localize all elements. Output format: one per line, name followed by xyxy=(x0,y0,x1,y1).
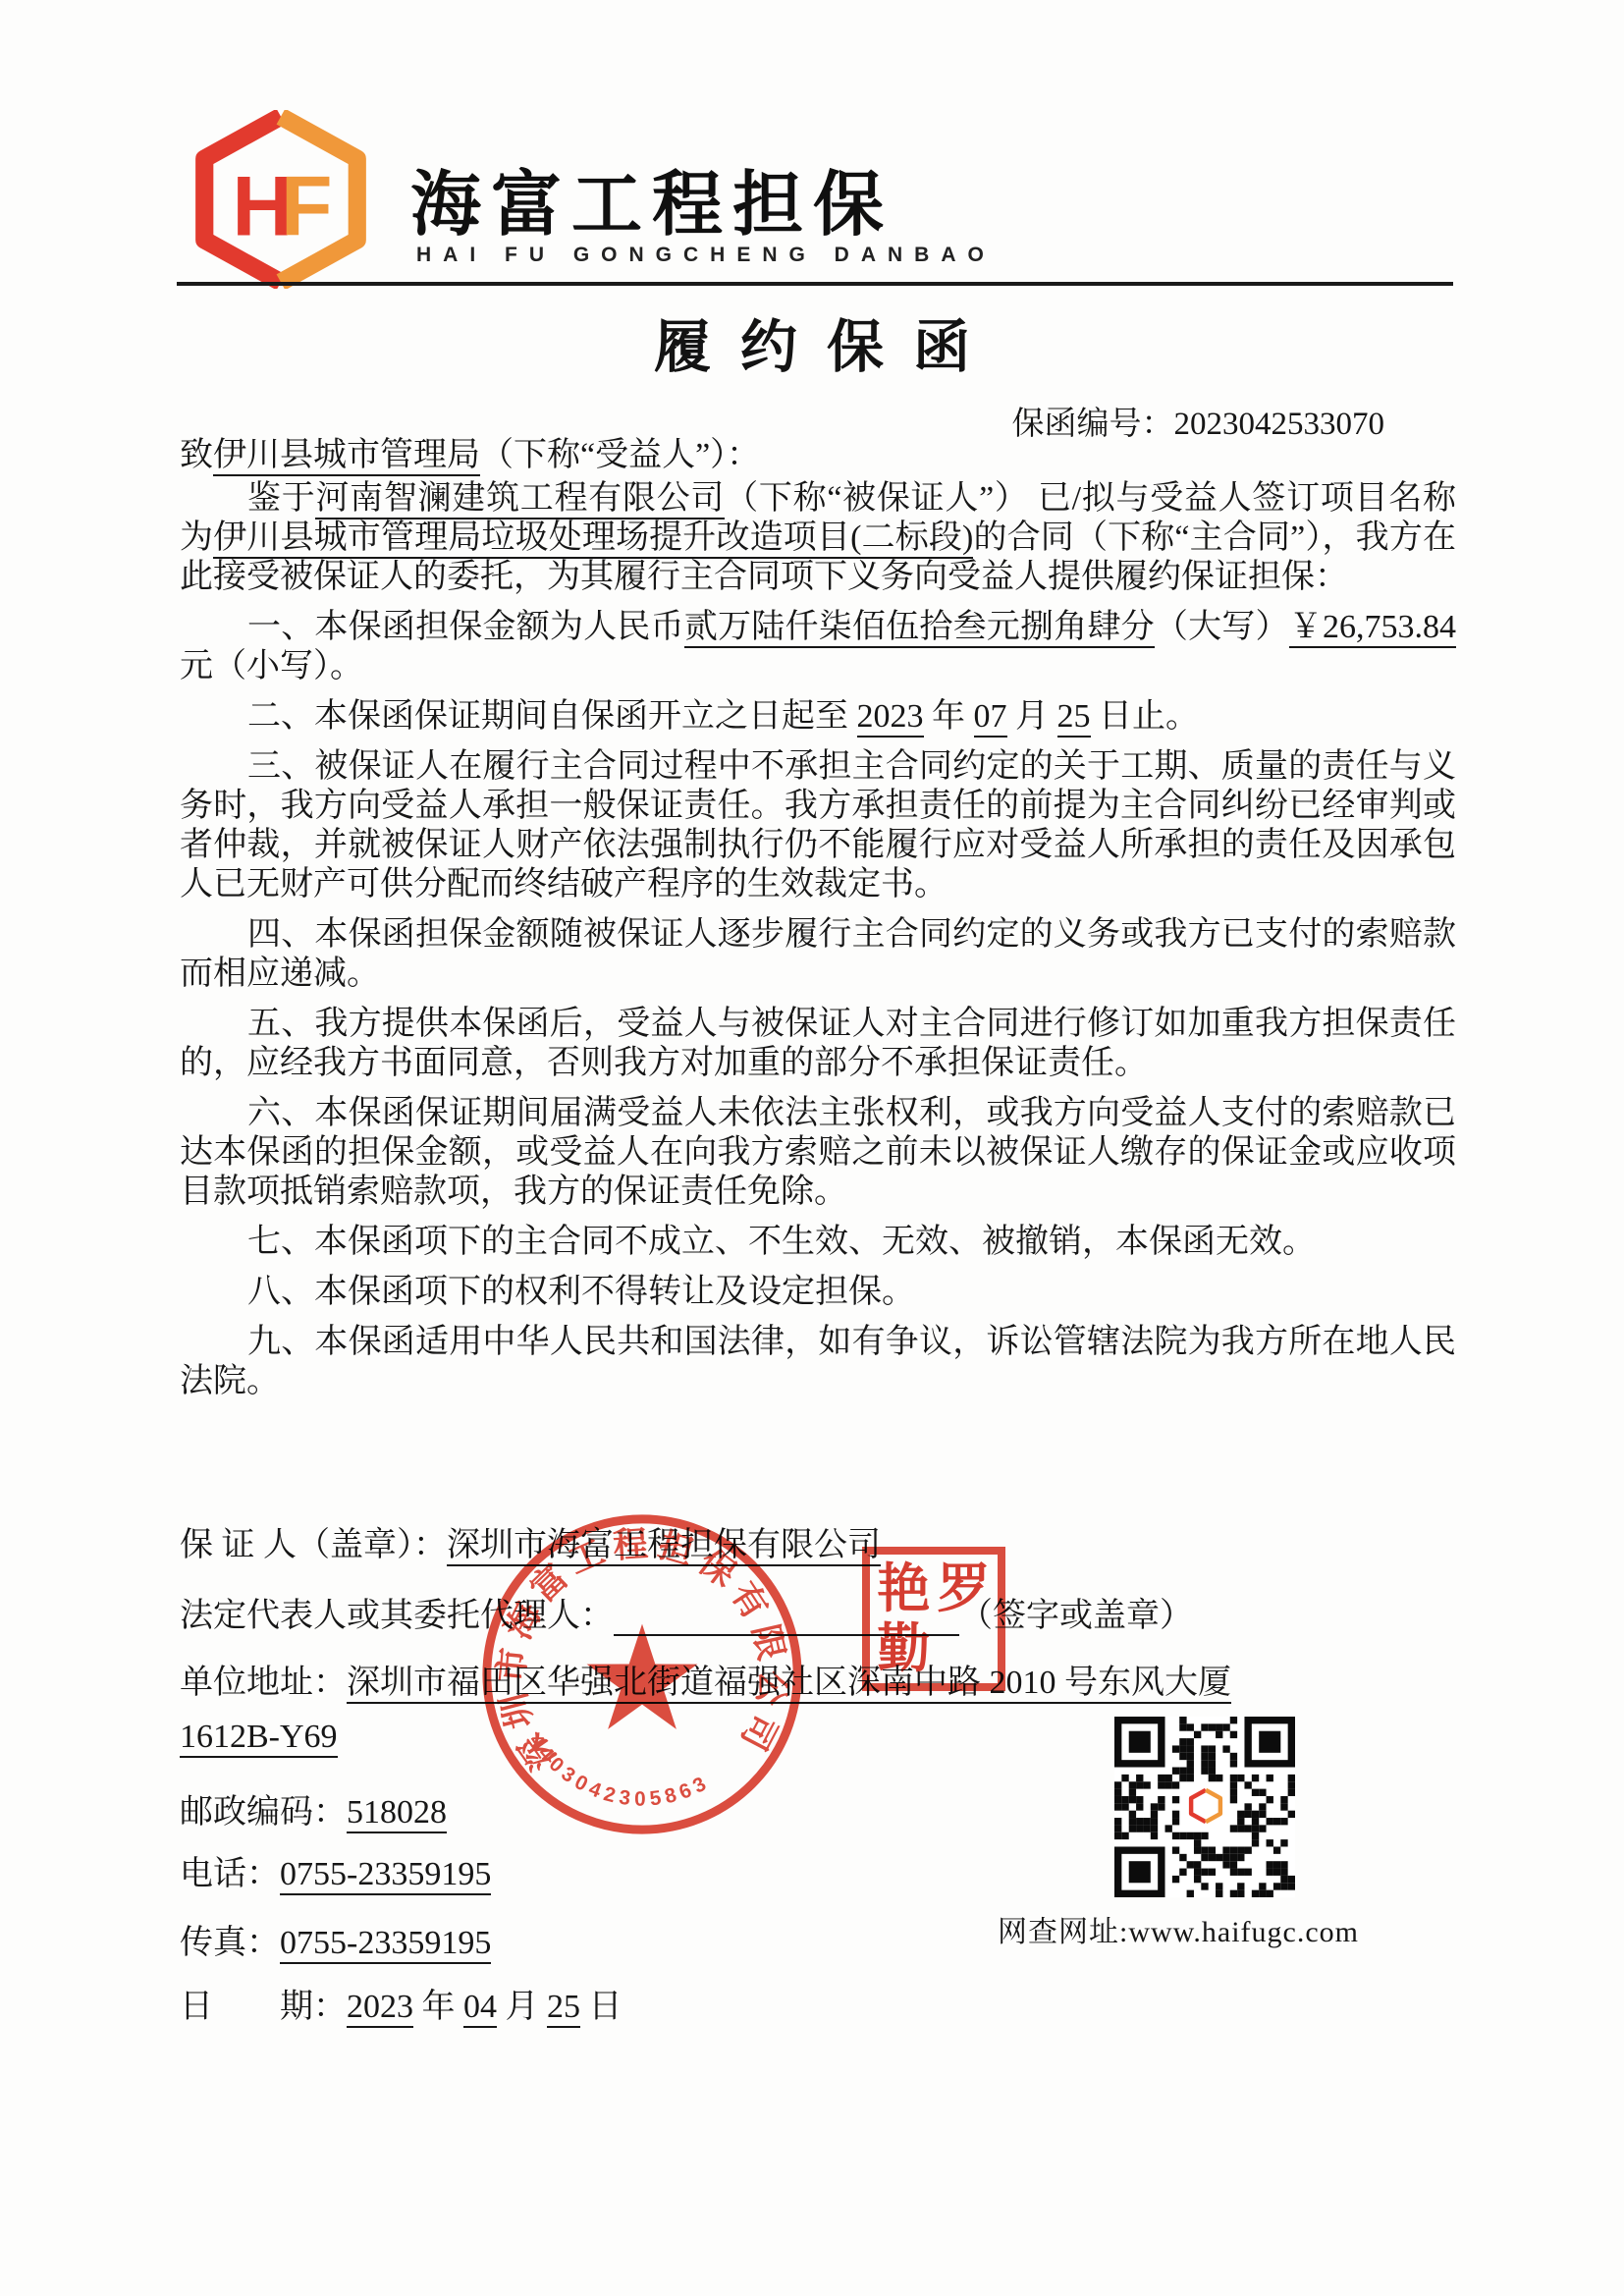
name-seal-char: 勤 xyxy=(874,1619,934,1680)
svg-text:F: F xyxy=(281,159,333,253)
name-seal-char: 艳 xyxy=(874,1558,934,1619)
document-title: 履约保函 xyxy=(0,301,1624,383)
name-seal-stamp: 艳 罗 勤 xyxy=(862,1547,1005,1691)
brand-name: 海富工程担保 xyxy=(410,147,893,249)
clause-3: 三、被保证人在履行主合同过程中不承担主合同约定的关于工期、质量的责任与义务时，我… xyxy=(180,747,1456,904)
verification-qr-code xyxy=(1114,1717,1295,1897)
clause-1: 一、本保函担保金额为人民币贰万陆仟柒佰伍拾叁元捌角肆分（大写）￥26,753.8… xyxy=(180,608,1456,686)
clause-8: 八、本保函项下的权利不得转让及设定担保。 xyxy=(180,1273,1456,1312)
intro-paragraph: 鉴于河南智澜建筑工程有限公司（下称“被保证人”） 已/拟与受益人签订项目名称为伊… xyxy=(180,479,1456,597)
guarantee-letter-page: H F 海富工程担保 HAI FU GONGCHENG DANBAO 履约保函 … xyxy=(0,0,1624,2296)
haifu-logo-icon: H F xyxy=(183,110,379,289)
phone-line: 电话：0755-23359195 xyxy=(180,1846,491,1894)
letter-body: 致伊川县城市管理局（下称“受益人”）： 鉴于河南智澜建筑工程有限公司（下称“被保… xyxy=(180,436,1456,1412)
clause-5: 五、我方提供本保函后，受益人与被保证人对主合同进行修订如加重我方担保责任的，应经… xyxy=(180,1005,1456,1083)
seal-star-icon xyxy=(587,1624,698,1729)
brand-pinyin: HAI FU GONGCHENG DANBAO xyxy=(416,244,996,267)
clause-2: 二、本保函保证期间自保函开立之日起至 2023 年 07 月 25 日止。 xyxy=(180,697,1456,737)
name-seal-char: 罗 xyxy=(934,1558,994,1619)
company-seal-stamp: 深圳市海富工程担保有限公司 4403042305863 xyxy=(477,1509,807,1839)
postal-line: 邮政编码：518028 xyxy=(180,1784,447,1832)
salutation: 致伊川县城市管理局（下称“受益人”）： xyxy=(180,436,1456,475)
fax-line: 传真：0755-23359195 xyxy=(180,1915,491,1963)
qr-center-logo-icon xyxy=(1187,1787,1224,1825)
verification-url: 网查网址:www.haifugc.com xyxy=(962,1907,1394,1950)
date-line: 日 期：2023 年 04 月 25 日 xyxy=(180,1979,623,2027)
clause-6: 六、本保函保证期间届满受益人未依法主张权利，或我方向受益人支付的索赔款已达本保函… xyxy=(180,1094,1456,1212)
clause-9: 九、本保函适用中华人民共和国法律，如有争议，诉讼管辖法院为我方所在地人民法院。 xyxy=(180,1323,1456,1401)
name-seal-char xyxy=(934,1619,994,1680)
clause-7: 七、本保函项下的主合同不成立、不生效、无效、被撤销，本保函无效。 xyxy=(180,1223,1456,1262)
address-line-2: 1612B-Y69 xyxy=(180,1719,338,1756)
clause-4: 四、本保函担保金额随被保证人逐步履行主合同约定的义务或我方已支付的索赔款而相应递… xyxy=(180,915,1456,994)
header-divider xyxy=(177,282,1453,286)
